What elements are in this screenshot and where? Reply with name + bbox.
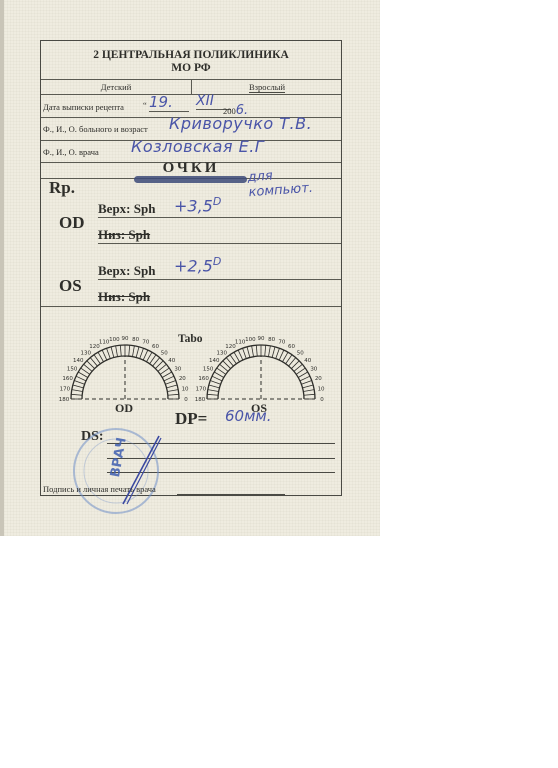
stamp-text: ВРАЧ: [108, 436, 130, 478]
os-label: OS: [59, 276, 82, 296]
svg-text:180: 180: [195, 397, 206, 403]
clinic-name: 2 ЦЕНТРАЛЬНАЯ ПОЛИКЛИНИКА МО РФ: [41, 49, 341, 75]
svg-text:30: 30: [174, 367, 181, 373]
svg-text:50: 50: [161, 350, 168, 356]
svg-text:60: 60: [288, 344, 295, 350]
date-label: Дата выписки рецепта: [43, 102, 124, 112]
tabo-protractors: 1801701601501401301201101009080706050403…: [41, 321, 343, 411]
dp-value: 60мм.: [225, 407, 272, 425]
tabo-od-label: OD: [115, 401, 133, 416]
svg-text:100: 100: [245, 337, 256, 343]
svg-text:20: 20: [315, 376, 322, 382]
svg-text:10: 10: [318, 386, 325, 392]
svg-text:40: 40: [168, 358, 175, 364]
os-upper-label: Верх: Sph: [98, 263, 155, 279]
signature-line: [177, 494, 285, 495]
svg-text:100: 100: [109, 337, 120, 343]
date-day: 19.: [149, 93, 189, 112]
svg-text:150: 150: [203, 367, 214, 373]
category-child: Детский: [41, 82, 191, 92]
os-lower-label: Низ: Sph: [98, 289, 150, 305]
svg-text:130: 130: [217, 350, 228, 356]
od-upper-value: +3,5D: [174, 195, 221, 215]
svg-text:170: 170: [60, 386, 71, 392]
os-upper-value: +2,5D: [174, 255, 221, 275]
od-upper-label: Верх: Sph: [98, 201, 155, 217]
svg-text:80: 80: [268, 337, 275, 343]
signature-label: Подпись и личная печать врача: [43, 484, 156, 494]
svg-text:160: 160: [62, 376, 73, 382]
svg-text:140: 140: [73, 358, 84, 364]
svg-text:40: 40: [304, 358, 311, 364]
rp-label: Rp.: [49, 178, 75, 198]
svg-text:90: 90: [122, 336, 129, 342]
prescription-form: 2 ЦЕНТРАЛЬНАЯ ПОЛИКЛИНИКА МО РФ Детский …: [40, 40, 342, 496]
svg-text:90: 90: [258, 336, 265, 342]
svg-text:0: 0: [320, 397, 324, 403]
svg-text:30: 30: [310, 367, 317, 373]
svg-text:80: 80: [132, 337, 139, 343]
svg-text:10: 10: [182, 386, 189, 392]
doctor-stamp: ВРАЧ: [61, 416, 171, 526]
svg-text:170: 170: [196, 386, 207, 392]
clinic-line-2: МО РФ: [41, 62, 341, 75]
crossed-out-text: [134, 176, 247, 183]
svg-text:180: 180: [59, 397, 70, 403]
patient-label: Ф., И., О. больного и возраст: [43, 124, 148, 134]
doctor-name: Козловская Е.Г: [131, 137, 264, 156]
svg-text:70: 70: [142, 340, 149, 346]
clinic-line-1: 2 ЦЕНТРАЛЬНАЯ ПОЛИКЛИНИКА: [41, 49, 341, 62]
purpose-note: для компьют.: [247, 164, 342, 200]
doctor-label: Ф., И., О. врача: [43, 147, 99, 157]
svg-text:20: 20: [179, 376, 186, 382]
prescription-paper: 2 ЦЕНТРАЛЬНАЯ ПОЛИКЛИНИКА МО РФ Детский …: [0, 0, 380, 536]
svg-text:70: 70: [278, 340, 285, 346]
svg-text:50: 50: [297, 350, 304, 356]
od-lower-label: Низ: Sph: [98, 227, 150, 243]
svg-text:160: 160: [198, 376, 209, 382]
scan-edge-shadow: [0, 0, 4, 536]
svg-text:150: 150: [67, 367, 78, 373]
svg-text:0: 0: [184, 397, 188, 403]
dp-label: DP=: [175, 409, 207, 429]
svg-text:130: 130: [81, 350, 92, 356]
patient-name: Криворучко Т.В.: [169, 114, 312, 133]
svg-text:140: 140: [209, 358, 220, 364]
category-adult: Взрослый: [191, 82, 343, 92]
od-label: OD: [59, 213, 85, 233]
date-quote: “: [143, 100, 147, 110]
svg-text:60: 60: [152, 344, 159, 350]
